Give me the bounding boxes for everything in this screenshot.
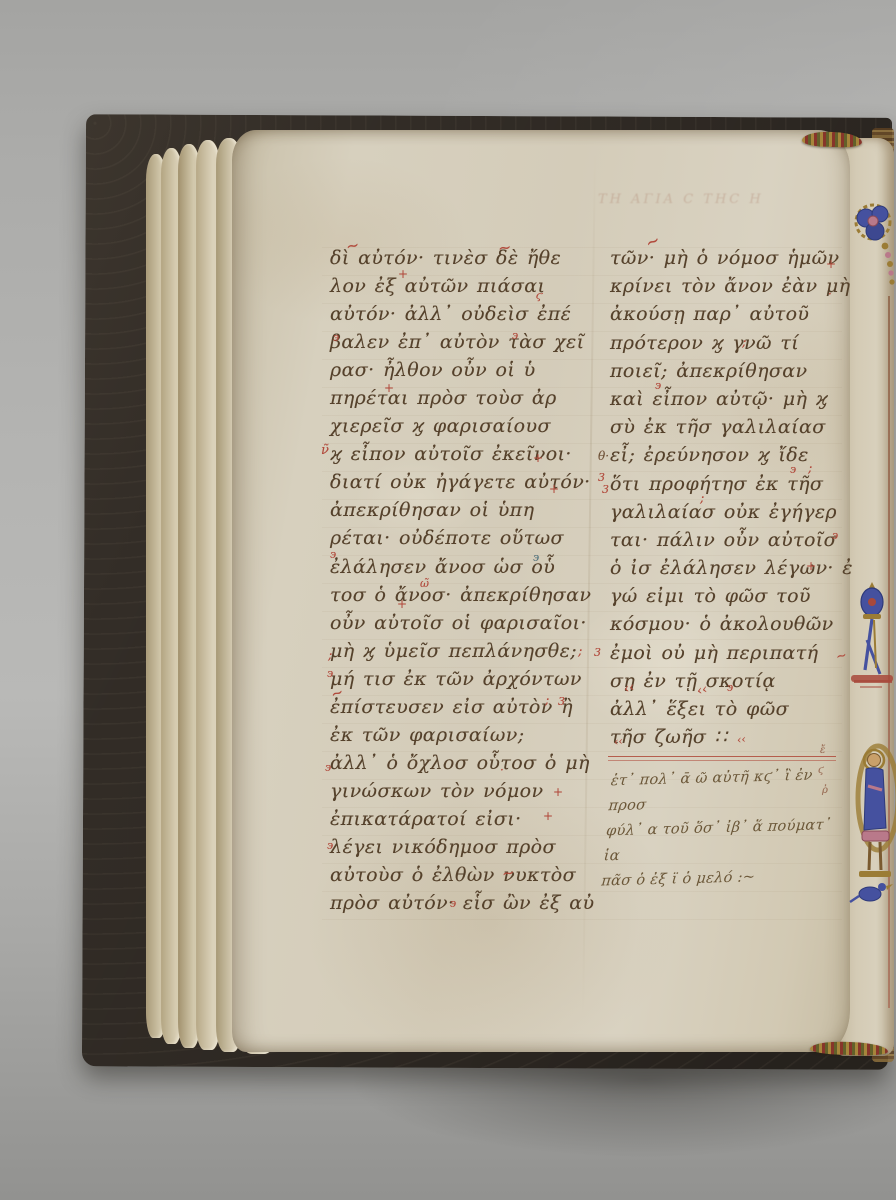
manuscript-line: διατί οὐκ ἠγάγετε αὐτόν· — [330, 468, 612, 496]
manuscript-line: ἐκ τῶν φαρισαίων; — [330, 721, 612, 749]
right-text-column: τῶν· μὴ ὁ νόμοσ ἡμῶνκρίνει τὸν ἄνον ἐὰν … — [610, 244, 846, 751]
manuscript-line: αὐτοὺσ ὁ ἐλθὼν νυκτὸσ — [330, 861, 612, 889]
red-neume-mark: + — [549, 483, 559, 495]
manuscript-line: σὺ ἐκ τῆσ γαλιλαίασ — [610, 413, 846, 441]
ornament-top-blossom — [850, 198, 896, 303]
rubric-note-line: φύλ᾽ α τοῦ ὅσ᾽ ἰβ᾽ ἅ πούματ᾽ ἱα — [602, 813, 847, 870]
manuscript-line: ἐπίστευσεν εἰσ αὐτὸν ἢ — [330, 693, 612, 721]
manuscript-line: ἀκούσῃ παρ᾽ αὐτοῦ — [610, 300, 846, 328]
manuscript-photo: ΤΗ ΑΓΙΑ Ϲ ΤΗϹ Η δὶ αὐτόν· τινὲσ δὲ ἤθελο… — [0, 0, 896, 1200]
red-neume-mark: ϶ — [450, 898, 456, 909]
manuscript-line: ἀπεκρίθησαν οἱ ὑπη — [330, 496, 612, 524]
manuscript-line: ται· πάλιν οὖν αὐτοῖσ — [610, 526, 846, 554]
manuscript-line: τοσ ὁ ἄνοσ· ἀπεκρίθησαν — [330, 581, 612, 609]
red-neume-mark: + — [384, 382, 394, 394]
red-neume-mark: + — [398, 268, 408, 280]
rubric-note-line: ἑτ᾽ πολ᾽ ᾱ ῶ αὐτῆ κϛ᾽ ἲ ἐν προσ — [607, 762, 852, 819]
red-neume-mark: ϛ — [818, 766, 824, 776]
manuscript-line: βαλεν ἐπ᾽ αὐτὸν τὰσ χεῖ — [330, 328, 612, 356]
red-neume-mark: ; — [578, 645, 582, 658]
red-neume-mark: ϶ — [325, 762, 331, 773]
red-neume-mark: ϶ — [790, 464, 796, 475]
manuscript-line: πρότερον ϗ γνῶ τί — [610, 329, 846, 357]
red-neume-mark: 3 — [594, 647, 601, 658]
red-neume-mark: · — [500, 764, 504, 776]
red-neume-mark: ~ — [497, 239, 513, 257]
manuscript-line: ποιεῖ; ἀπεκρίθησαν — [610, 357, 846, 385]
manuscript-line: κρίνει τὸν ἄνον ἐὰν μὴ — [610, 272, 846, 300]
ghost-header: ΤΗ ΑΓΙΑ Ϲ ΤΗϹ Η — [598, 192, 818, 207]
manuscript-line: μή τισ ἐκ τῶν ἀρχόντων — [330, 665, 612, 693]
red-neume-mark: + — [826, 258, 836, 270]
manuscript-line: πρὸσ αὐτόν· εἷσ ὢν ἐξ αὐ — [330, 889, 612, 917]
red-neume-mark: ; — [700, 492, 704, 505]
manuscript-line: ἐπικατάρατοί εἰσι· — [330, 805, 612, 833]
red-neume-mark: 3 — [558, 696, 565, 707]
red-neume-mark: ϶ — [330, 549, 336, 560]
red-neume-mark: ϶ — [533, 552, 539, 563]
manuscript-line: πηρέται πρὸσ τοὺσ ἀρ — [330, 384, 612, 412]
manuscript-line: δὶ αὐτόν· τινὲσ δὲ ἤθε — [330, 244, 612, 272]
red-neume-mark: ϶ — [333, 332, 339, 343]
red-neume-mark: θ· — [598, 450, 609, 462]
manuscript-line: ἀλλ᾽ ὁ ὄχλοσ οὗτοσ ὁ μὴ — [330, 749, 612, 777]
red-neume-mark: ~ — [501, 865, 516, 882]
manuscript-line: γαλιλαίασ οὐκ ἐγήγερ — [610, 498, 846, 526]
red-neume-mark: ‹‹ — [613, 735, 623, 747]
red-neume-mark: + — [553, 786, 563, 798]
red-neume-mark: ; — [545, 694, 549, 707]
ornament-mid-finial — [846, 578, 896, 703]
manuscript-line: ϗ εἶπον αὐτοῖσ ἐκεῖνοι· — [330, 440, 612, 468]
manuscript-line: ρέται· οὐδέποτε οὕτωσ — [330, 524, 612, 552]
rubric-note: ἑτ᾽ πολ᾽ ᾱ ῶ αὐτῆ κϛ᾽ ἲ ἐν προσφύλ᾽ α το… — [600, 762, 852, 894]
red-rule — [608, 756, 836, 761]
ornament-figure — [846, 736, 896, 908]
red-neume-mark: 3 — [598, 472, 605, 483]
red-neume-mark: ϶ — [327, 840, 333, 851]
manuscript-line: ἐμοὶ οὐ μὴ περιπατή — [610, 639, 846, 667]
manuscript-line: γώ εἰμι τὸ φῶσ τοῦ — [610, 582, 846, 610]
red-neume-mark: ϶ — [655, 380, 661, 391]
manuscript-line: χιερεῖσ ϗ φαρισαίουσ — [330, 412, 612, 440]
red-neume-mark: ϶ — [512, 330, 518, 341]
left-text-column: δὶ αὐτόν· τινὲσ δὲ ἤθελον ἐξ αὐτῶν πιάσα… — [330, 244, 612, 917]
red-neume-mark: ν̃ — [321, 444, 329, 457]
red-neume-mark: + — [397, 598, 407, 610]
manuscript-line: αὐτόν· ἀλλ᾽ οὐδεὶσ ἐπέ — [330, 300, 612, 328]
red-neume-mark: ; — [742, 336, 746, 349]
red-neume-mark: ; — [328, 649, 332, 662]
manuscript-line: κόσμου· ὁ ἀκολουθῶν — [610, 610, 846, 638]
manuscript-line: λον ἐξ αὐτῶν πιάσαι — [330, 272, 612, 300]
manuscript-line: ἐλάλησεν ἄνοσ ὡσ οὗ — [330, 553, 612, 581]
manuscript-line: ἀλλ᾽ ἕξει τὸ φῶσ — [610, 695, 846, 723]
red-neume-mark: ; — [808, 462, 812, 475]
red-neume-mark: ϶ — [327, 668, 333, 679]
manuscript-line: οὖν αὐτοῖσ οἱ φαρισαῖοι· — [330, 609, 612, 637]
red-neume-mark: ϶ — [832, 530, 838, 541]
manuscript-line: γινώσκων τὸν νόμον — [330, 777, 612, 805]
red-neume-mark: ῤ — [822, 786, 828, 796]
manuscript-line: τῆσ ζωῆσ ∷ — [610, 723, 846, 751]
red-neume-mark: 3 — [602, 484, 609, 495]
red-neume-mark: ‹‹ — [736, 733, 746, 745]
manuscript-line: τῶν· μὴ ὁ νόμοσ ἡμῶν — [610, 244, 846, 272]
manuscript-line: λέγει νικόδημοσ πρὸσ — [330, 833, 612, 861]
red-neume-mark: ω̃ — [420, 578, 429, 589]
red-neume-mark: ἔ — [820, 746, 825, 756]
manuscript-line: καὶ εἶπον αὐτῷ· μὴ ϗ — [610, 385, 846, 413]
red-neume-mark: + — [533, 452, 543, 464]
red-neume-mark: + — [543, 810, 553, 822]
manuscript-line: μὴ ϗ ὑμεῖσ πεπλάνησθε; — [330, 637, 612, 665]
red-neume-mark: · — [828, 288, 832, 300]
red-neume-mark: + — [806, 560, 816, 572]
manuscript-line: ρασ· ἦλθον οὖν οἱ ὑ — [330, 356, 612, 384]
red-neume-mark: ϶ — [727, 682, 733, 693]
